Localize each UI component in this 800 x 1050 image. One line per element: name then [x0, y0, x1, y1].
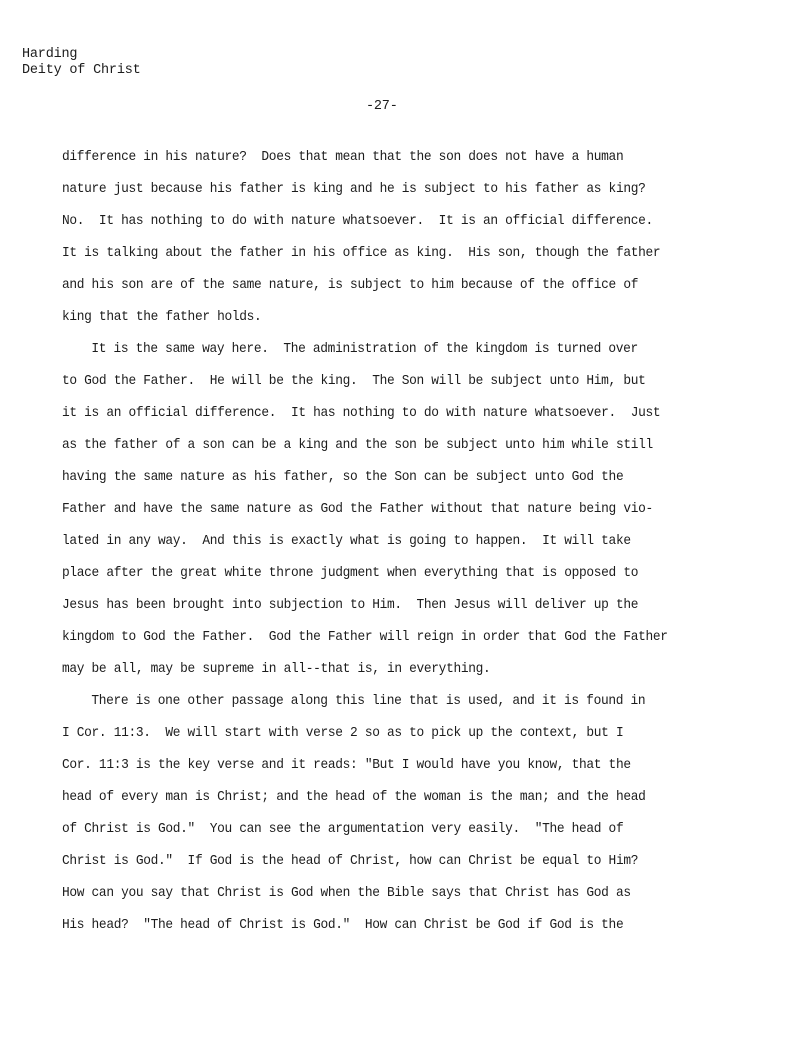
body-text: difference in his nature? Does that mean…	[62, 148, 762, 948]
text-line: lated in any way. And this is exactly wh…	[62, 532, 724, 564]
paragraph: It is the same way here. The administrat…	[62, 340, 762, 692]
paragraph: difference in his nature? Does that mean…	[62, 148, 762, 340]
text-line: as the father of a son can be a king and…	[62, 436, 724, 468]
text-line: may be all, may be supreme in all--that …	[62, 660, 724, 692]
text-line: to God the Father. He will be the king. …	[62, 372, 724, 404]
text-line: Father and have the same nature as God t…	[62, 500, 724, 532]
text-line: I Cor. 11:3. We will start with verse 2 …	[62, 724, 724, 756]
text-line: of Christ is God." You can see the argum…	[62, 820, 724, 852]
text-line: king that the father holds.	[62, 308, 724, 340]
text-line: place after the great white throne judgm…	[62, 564, 724, 596]
page-number: -27-	[366, 99, 398, 114]
text-line: difference in his nature? Does that mean…	[62, 148, 724, 180]
text-line: Jesus has been brought into subjection t…	[62, 596, 724, 628]
text-line: No. It has nothing to do with nature wha…	[62, 212, 724, 244]
text-line: having the same nature as his father, so…	[62, 468, 724, 500]
document-title: Deity of Christ	[22, 63, 141, 79]
author-name: Harding	[22, 47, 141, 63]
paragraph: There is one other passage along this li…	[62, 692, 762, 948]
text-line: Christ is God." If God is the head of Ch…	[62, 852, 724, 884]
text-line: Cor. 11:3 is the key verse and it reads:…	[62, 756, 724, 788]
text-line: There is one other passage along this li…	[62, 692, 724, 724]
text-line: head of every man is Christ; and the hea…	[62, 788, 724, 820]
text-line: His head? "The head of Christ is God." H…	[62, 916, 724, 948]
text-line: It is the same way here. The administrat…	[62, 340, 724, 372]
document-header: Harding Deity of Christ	[22, 47, 141, 79]
text-line: It is talking about the father in his of…	[62, 244, 724, 276]
text-line: kingdom to God the Father. God the Fathe…	[62, 628, 724, 660]
text-line: How can you say that Christ is God when …	[62, 884, 724, 916]
text-line: nature just because his father is king a…	[62, 180, 724, 212]
text-line: it is an official difference. It has not…	[62, 404, 724, 436]
text-line: and his son are of the same nature, is s…	[62, 276, 724, 308]
